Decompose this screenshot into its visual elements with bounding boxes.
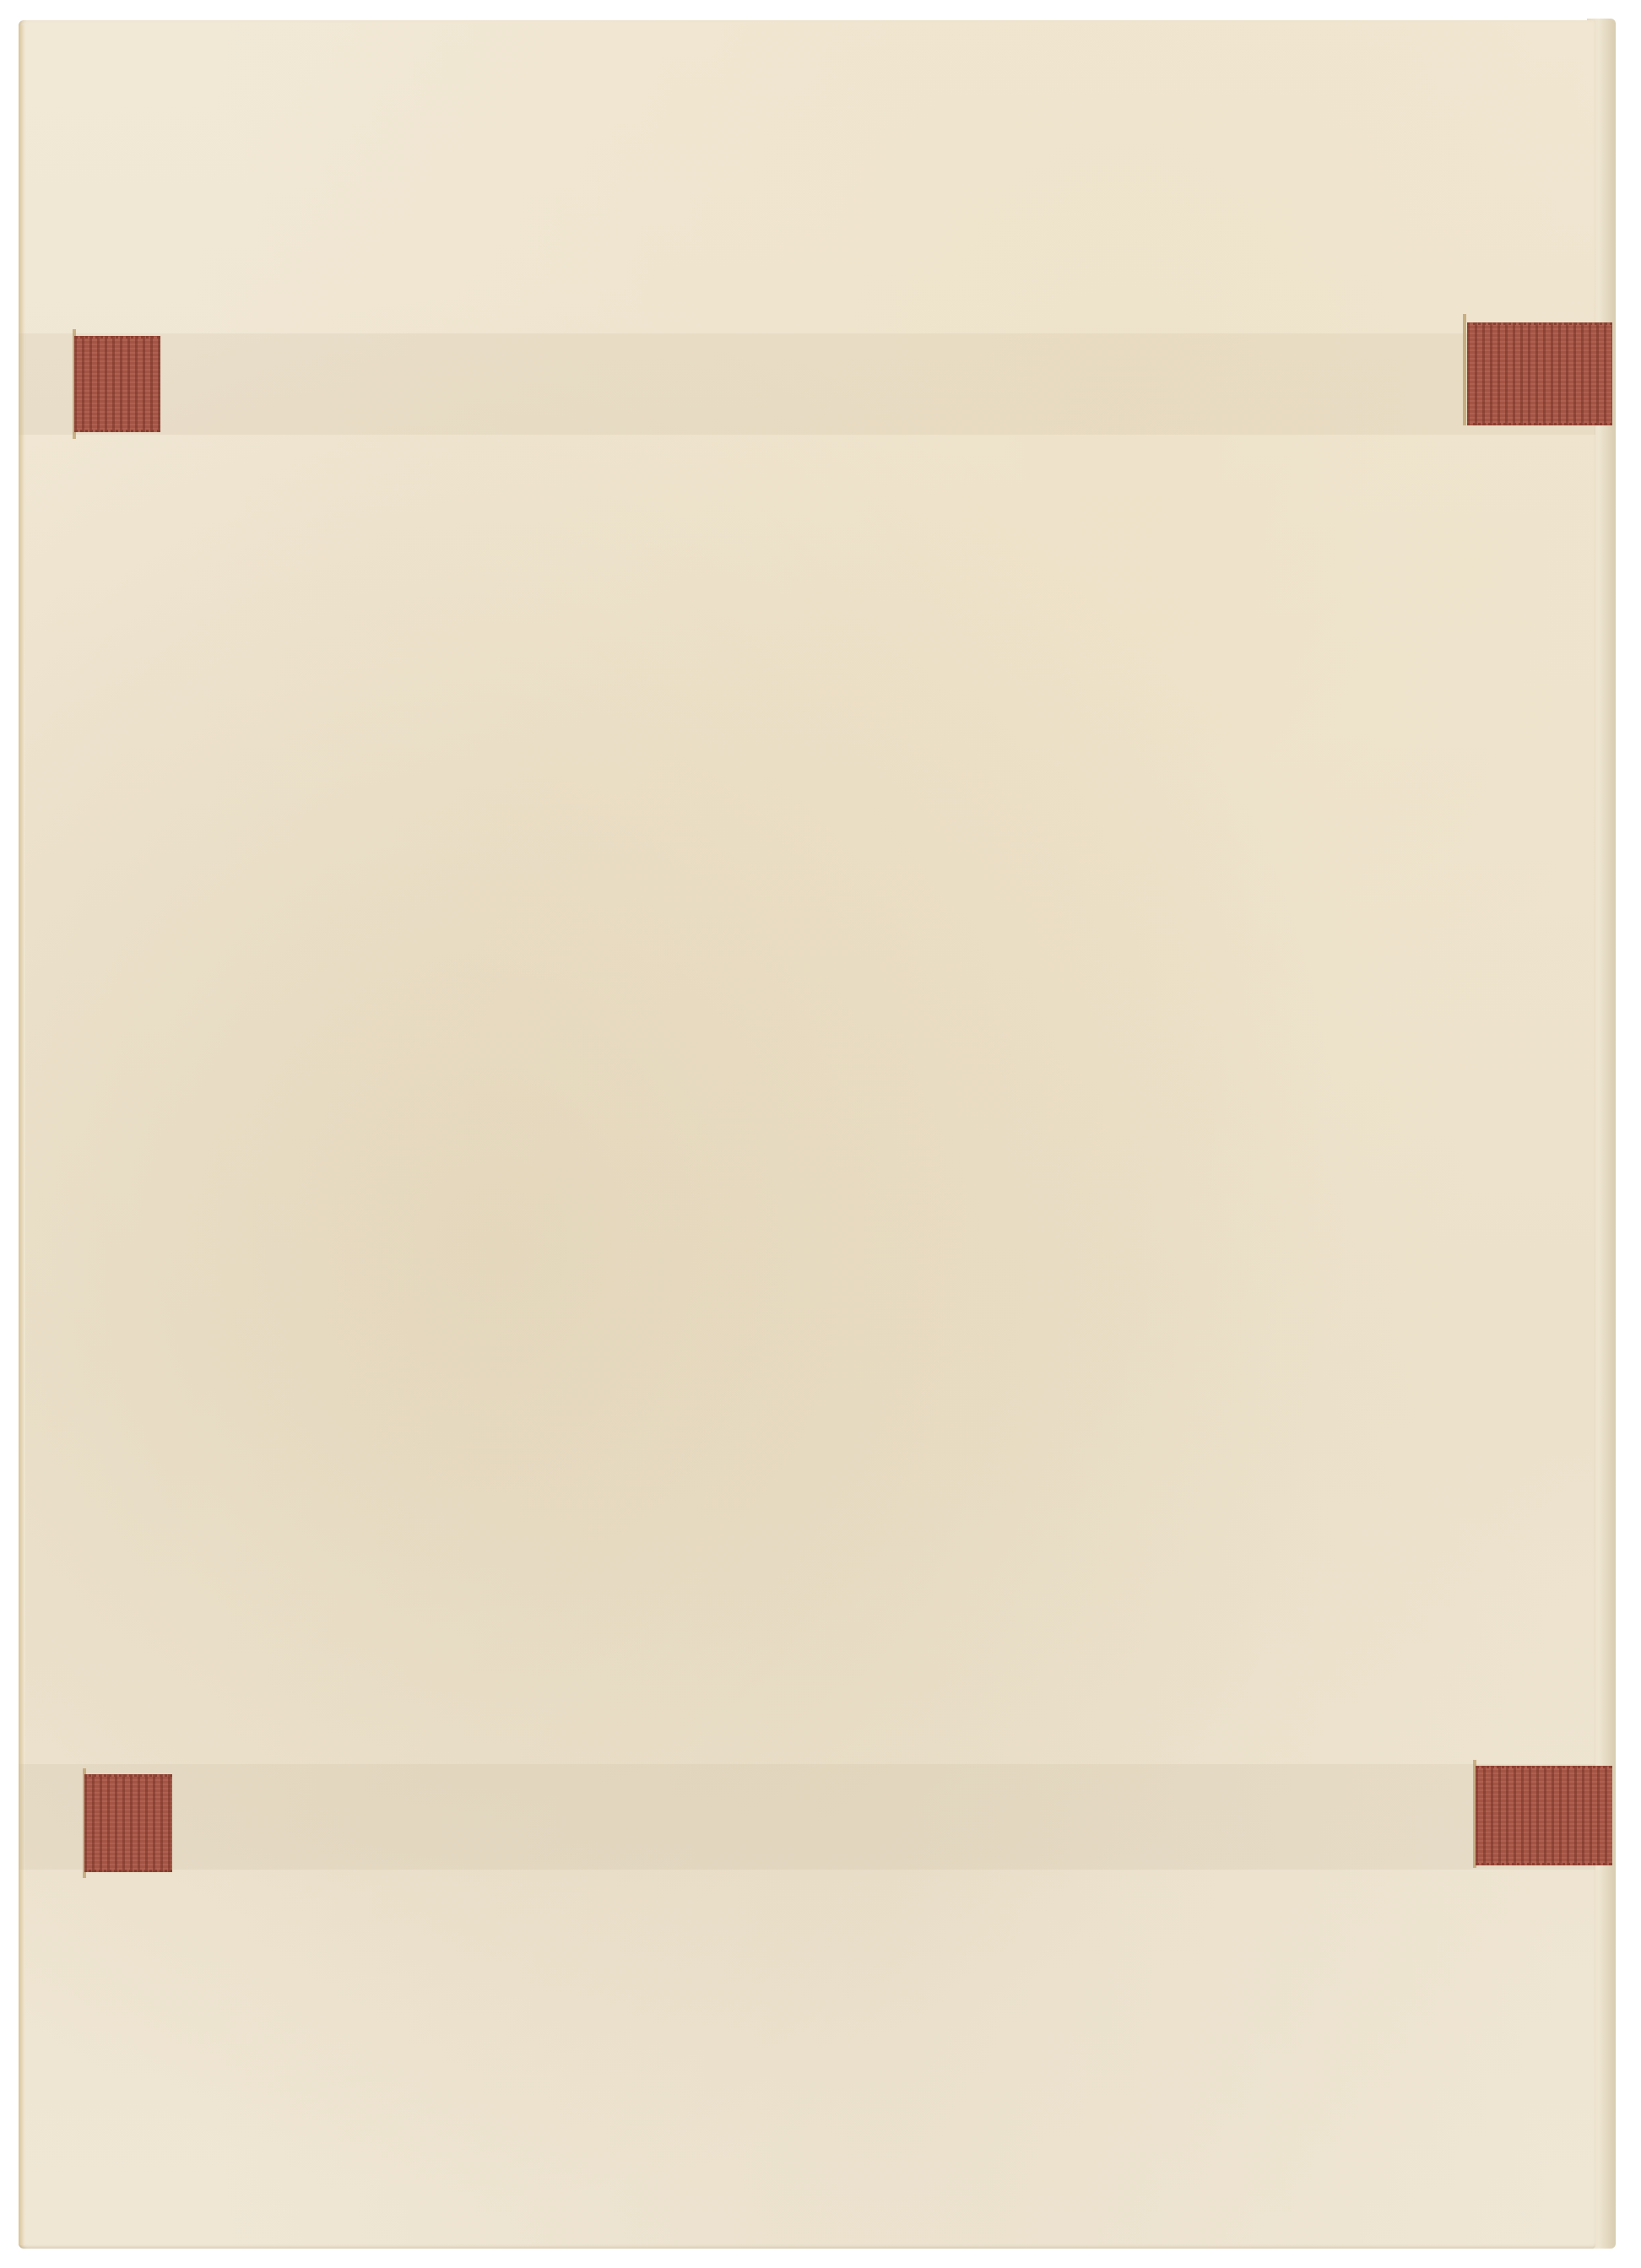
ribbon-tie-bottom-left — [84, 1774, 172, 1872]
ribbon-tie-top-left — [74, 336, 160, 432]
tie-shadow-band-top — [19, 333, 1595, 435]
ribbon-tie-bottom-right — [1476, 1766, 1612, 1865]
tie-slit-top-right — [1463, 314, 1466, 425]
ribbon-tie-top-right — [1467, 322, 1612, 425]
tie-shadow-band-bottom — [19, 1764, 1595, 1870]
